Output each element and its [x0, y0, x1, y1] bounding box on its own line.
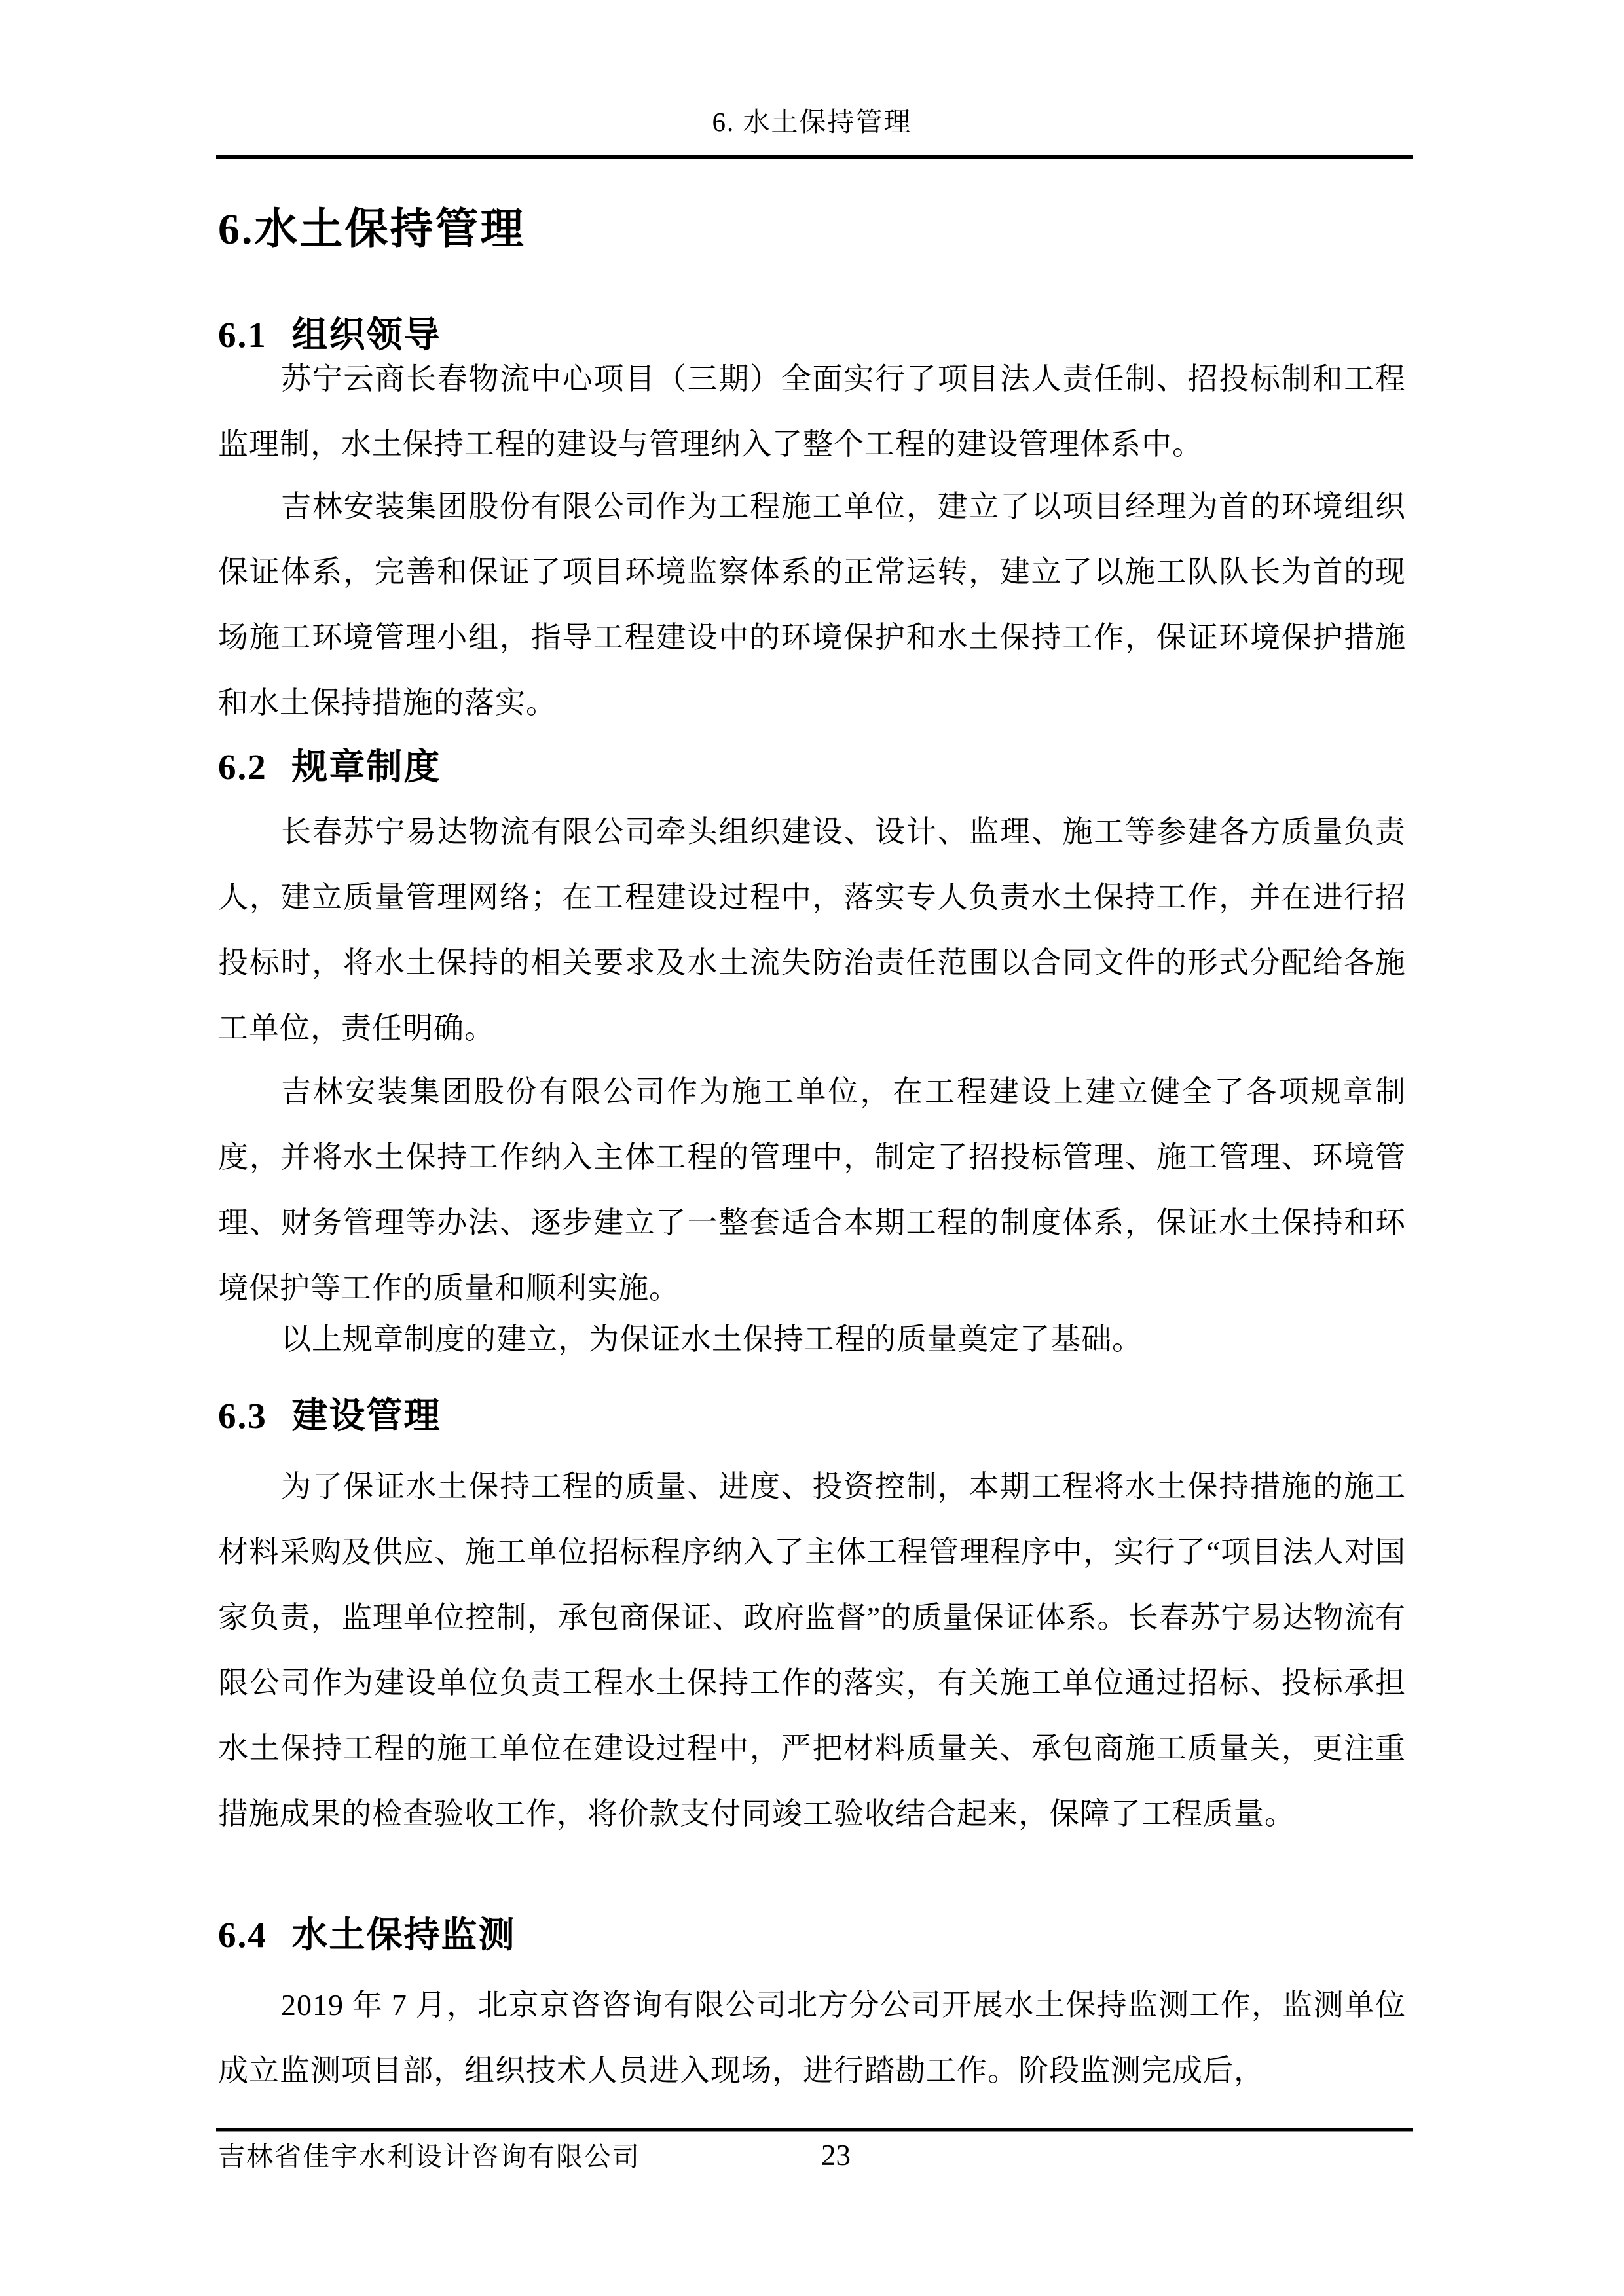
- paragraph-6-2-b: 吉林安装集团股份有限公司作为施工单位，在工程建设上建立健全了各项规章制度，并将水…: [218, 1059, 1406, 1321]
- paragraph-6-4-a: 2019 年 7 月，北京京咨咨询有限公司北方分公司开展水土保持监测工作，监测单…: [218, 1973, 1406, 2104]
- document-page: 6. 水土保持管理 6.水土保持管理 6.1 组织领导 苏宁云商长春物流中心项目…: [0, 0, 1624, 2296]
- header-rule: [216, 155, 1413, 159]
- paragraph-6-1-a: 苏宁云商长春物流中心项目（三期）全面实行了项目法人责任制、招投标制和工程监理制，…: [218, 346, 1406, 477]
- page-header: 6. 水土保持管理: [0, 105, 1624, 139]
- paragraph-6-2-c: 以上规章制度的建立，为保证水土保持工程的质量奠定了基础。: [218, 1307, 1406, 1372]
- paragraph-6-3-a: 为了保证水土保持工程的质量、进度、投资控制，本期工程将水土保持措施的施工材料采购…: [218, 1454, 1406, 1847]
- paragraph-6-2-a: 长春苏宁易达物流有限公司牵头组织建设、设计、监理、施工等参建各方质量负责人，建立…: [218, 799, 1406, 1061]
- section-heading-6-2: 6.2 规章制度: [218, 742, 441, 792]
- section-heading-6-4: 6.4 水土保持监测: [218, 1910, 516, 1960]
- footer-rule: [216, 2128, 1413, 2132]
- section-heading-6-3: 6.3 建设管理: [218, 1391, 441, 1441]
- footer-company-name: 吉林省佳宇水利设计咨询有限公司: [218, 2140, 640, 2174]
- paragraph-6-1-b: 吉林安装集团股份有限公司作为工程施工单位，建立了以项目经理为首的环境组织保证体系…: [218, 474, 1406, 736]
- page-header-title: 6. 水土保持管理: [712, 107, 912, 137]
- footer-page-number: 23: [821, 2137, 851, 2174]
- document-title: 6.水土保持管理: [218, 200, 526, 259]
